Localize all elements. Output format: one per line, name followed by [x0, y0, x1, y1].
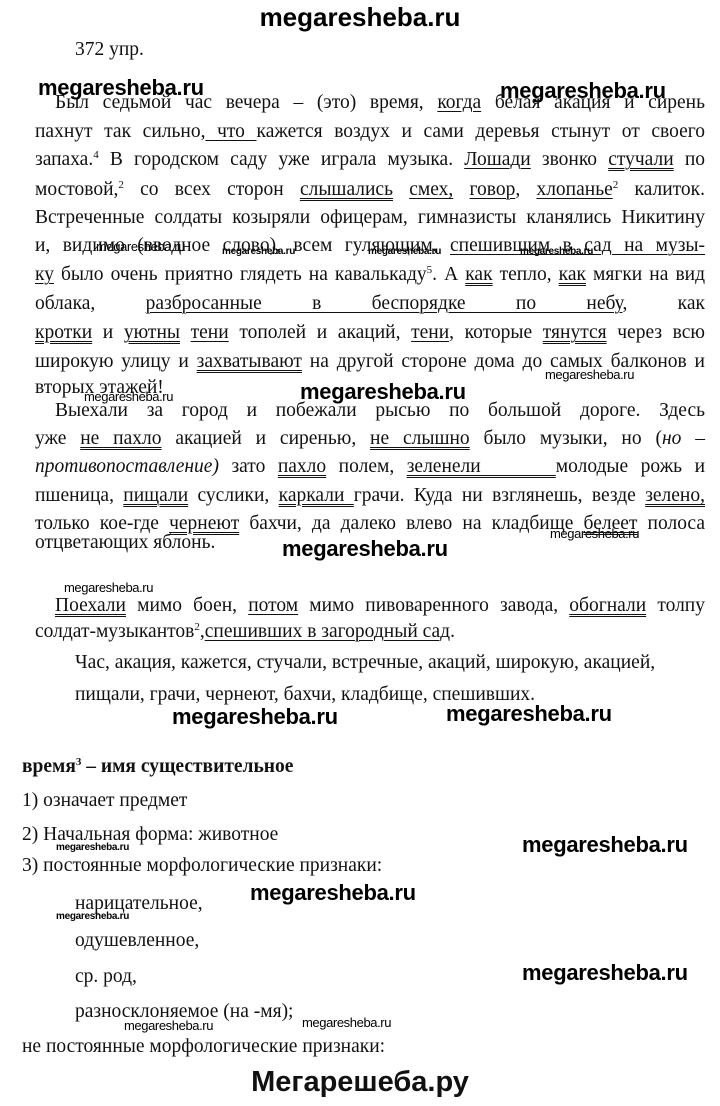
underlined-word: Поехали [55, 595, 126, 616]
text-line: вторых этажей! [35, 376, 705, 400]
underlined-word: пищали [123, 485, 188, 506]
text-line: отцветающих яблонь. [35, 531, 705, 555]
underlined-word: когда [437, 92, 481, 113]
watermark-top: megaresheba.ru [0, 4, 720, 30]
watermark: megaresheba.ru [172, 706, 338, 728]
text-line: пахнут так сильно, что кажется воздух и … [35, 120, 705, 144]
analysis-item: не постоянные морфологические признаки: [22, 1035, 385, 1059]
watermark: megaresheba.ru [522, 834, 688, 856]
text-line: облака, разбросанные в беспорядке по неб… [35, 292, 705, 316]
underlined-word: уютны [124, 322, 180, 343]
underlined-word: спешивших в загородный сад [205, 621, 450, 642]
underlined-word: потом [248, 595, 298, 616]
footer-site-name: Мегарешеба.ру [0, 1066, 720, 1099]
underlined-word: тени [411, 322, 449, 343]
text-span: но – [662, 428, 705, 449]
underlined-word: Лошади [464, 149, 531, 170]
analysis-feature: ср. род, [75, 965, 137, 989]
text-line: противопоставление) зато пахло полем, зе… [35, 455, 705, 479]
text-line: и, видимо (вводное слово), всем гуляющим… [35, 234, 705, 258]
underlined-word: разбросанные в беспорядке по небу [146, 293, 623, 314]
watermark: megaresheba.ru [302, 1016, 391, 1029]
analysis-item: 3) постоянные морфологические признаки: [22, 854, 382, 878]
word-list-line: Час, акация, кажется, стучали, встречные… [75, 651, 655, 675]
text-span: противопоставление) [35, 456, 219, 477]
exercise-label: 372 упр. [75, 38, 144, 62]
underlined-word: хлопанье [536, 179, 612, 200]
analysis-feature: разносклоняемое (на -мя); [75, 1000, 293, 1024]
analysis-heading: время3 – имя существительное [22, 755, 293, 779]
footnote-marker: 4 [93, 149, 99, 161]
underlined-word: слышались [300, 179, 393, 200]
underlined-word: тени [191, 322, 229, 343]
underlined-word: захватывают [197, 351, 302, 372]
underlined-word: стучали [608, 149, 673, 170]
text-line: запаха.4 В городском саду уже играла муз… [35, 148, 705, 172]
text-line: Был седьмой час вечера – (это) время, ко… [35, 91, 705, 115]
underlined-word: пахло [278, 456, 326, 477]
underlined-word: зеленели [407, 456, 556, 477]
watermark: megaresheba.ru [250, 882, 416, 904]
underlined-word: спешившим в сад на музы- [450, 235, 705, 256]
underlined-word: зелено, [645, 485, 705, 506]
analysis-item: 2) Начальная форма: животное [22, 823, 278, 847]
text-line: уже не пахло акацией и сиренью, не слышн… [35, 427, 705, 451]
footnote-marker: 3 [76, 756, 82, 768]
text-line: кротки и уютны тени тополей и акаций, те… [35, 321, 705, 345]
footnote-marker: 5 [427, 264, 433, 276]
text-line: Выехали за город и побежали рысью по бол… [35, 399, 705, 423]
underlined-word: не слышно [370, 428, 470, 449]
text-line: ку было очень приятно глядеть на кавальк… [35, 263, 705, 287]
watermark: megaresheba.ru [64, 581, 153, 594]
underlined-word: как [559, 264, 586, 285]
text-line: широкую улицу и захватывают на другой ст… [35, 350, 705, 374]
analysis-feature: одушевленное, [75, 929, 199, 953]
analysis-item: 1) означает предмет [22, 789, 187, 813]
underlined-word: говор [469, 179, 515, 200]
underlined-word: каркали [279, 485, 354, 506]
underlined-word: тянутся [543, 322, 607, 343]
underlined-word: как [465, 264, 492, 285]
footnote-marker: 2 [613, 179, 619, 191]
text-line: Поехали мимо боен, потом мимо пивоваренн… [35, 594, 705, 618]
underlined-word: смех, [409, 179, 453, 200]
analysis-feature: нарицательное, [75, 892, 203, 916]
underlined-word: что [205, 121, 256, 142]
text-line: пшеница, пищали суслики, каркали грачи. … [35, 484, 705, 508]
word-list-line: пищали, грачи, чернеют, бахчи, кладбище,… [75, 683, 535, 707]
text-line: Встреченные солдаты козыряли офицерам, г… [35, 206, 705, 230]
text-line: солдат-музыкантов2,спешивших в загородны… [35, 620, 705, 644]
footnote-marker: 2 [194, 621, 200, 633]
underlined-word: ку [35, 264, 54, 285]
underlined-word: обогнали [569, 595, 646, 616]
underlined-word: не пахло [80, 428, 161, 449]
watermark: megaresheba.ru [522, 962, 688, 984]
underlined-word: кротки [35, 322, 92, 343]
text-line: мостовой,2 со всех сторон слышались смех… [35, 178, 705, 202]
footnote-marker: 2 [118, 179, 124, 191]
